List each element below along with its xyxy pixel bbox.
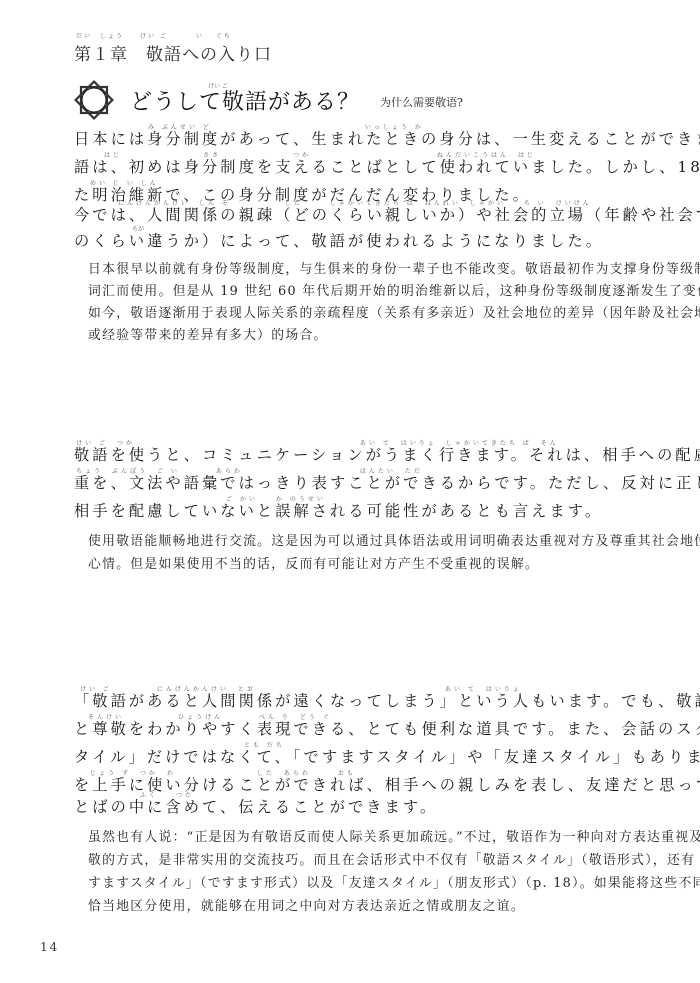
chapter-heading: だい しょう けい ご い ぐち 第１章 敬語への入り口 — [74, 40, 272, 65]
star-knot-icon — [72, 78, 116, 122]
section-title: どうして敬語がある？ — [130, 90, 360, 115]
jp-line: 敬語を使うと、コミュニケーションがうまく行きます。それは、相手への配慮や社会的立… — [74, 444, 700, 465]
zh-line: 心情。但是如果使用不当的话，反而有可能让对方产生不受重视的误解。 — [88, 553, 539, 572]
jp-line: 今では、人間関係の親疎（どのくらい親しいか）や社会的立場（年齢や社会での地位や経… — [74, 204, 700, 225]
section-subtitle-zh: 为什么需要敬语? — [380, 94, 463, 110]
zh-line: 词汇而使用。但是从 19 世纪 60 年代后期开始的明治维新以后，这种身份等级制… — [88, 280, 700, 299]
jp-line: タイル」だけではなくて、「ですますスタイル」や「友達スタイル」もあります（p.1… — [74, 746, 700, 767]
jp-line: 相手を配慮していないと誤解される可能性があるとも言えます。 — [74, 500, 603, 521]
zh-line: 敬的方式，是非常实用的交流技巧。而且在会话形式中不仅有「敬語スタイル」（敬语形式… — [88, 849, 700, 868]
zh-line: 恰当地区分使用，就能够在用词之中向对方表达亲近之情或朋友之谊。 — [88, 895, 525, 914]
jp-line: のくらい違うか）によって、敬語が使われるようになりました。 — [74, 230, 604, 251]
jp-line: 日本には身分制度があって、生まれたときの身分は、一生変えることができませんでした… — [74, 128, 700, 149]
section-title-row: けい ご どうして敬語がある？ 为什么需要敬语? — [72, 78, 463, 122]
zh-line: すますスタイル」（ですます形式）以及「友達スタイル」（朋友形式）（p. 18）。… — [88, 872, 700, 891]
zh-line: 或经验等带来的差异有多大）的场合。 — [88, 324, 328, 343]
zh-line: 日本很早以前就有身份等级制度，与生俱来的身份一辈子也不能改变。敬语最初作为支撑身… — [88, 258, 700, 277]
jp-line: と尊敬をわかりやすく表現できる、とても便利な道具です。また、会話のスタイルは「敬… — [74, 718, 700, 739]
zh-line: 使用敬语能顺畅地进行交流。这是因为可以通过具体语法或用词明确表达重视对方及尊重其… — [88, 530, 700, 549]
title-ruby: けい ご — [208, 81, 228, 90]
zh-line: 虽然也有人说：“正是因为有敬语反而使人际关系更加疏远。”不过，敬语作为一种向对方… — [88, 826, 700, 845]
zh-line: 如今，敬语逐渐用于表现人际关系的亲疏程度（关系有多亲近）及社会地位的差异（因年龄… — [88, 302, 700, 321]
jp-line: 「敬語があると人間関係が遠くなってしまう」という人もいます。でも、敬語は、相手へ… — [74, 690, 700, 711]
chapter-ruby: だい しょう けい ご い ぐち — [76, 31, 232, 40]
jp-line: とばの中に含めて、伝えることができます。 — [74, 796, 438, 817]
jp-line: 重を、文法や語彙ではっきり表すことができるからです。ただし、反対に正しく使えない… — [74, 472, 700, 493]
page-number: 14 — [40, 940, 59, 954]
jp-line: 語は、初めは身分制度を支えることばとして使われていました。しかし、1860 年代… — [74, 156, 700, 177]
chapter-label: 第１章 敬語への入り口 — [74, 45, 272, 65]
